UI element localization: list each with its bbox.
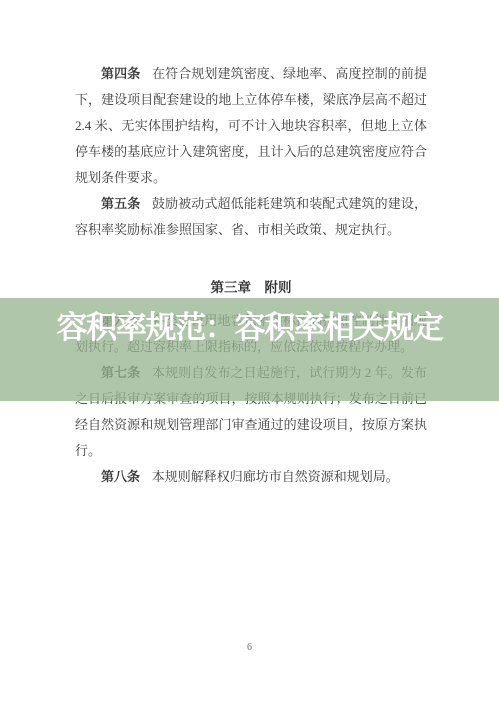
title-banner-overlay: 容积率规范：容积率相关规定 [0,298,499,401]
paragraph-article-8: 第八条本规则解释权归廊坊市自然资源和规划局。 [75,464,427,490]
document-body: 第四条在符合规划建筑密度、绿地率、高度控制的前提下，建设项目配套建设的地上立体停… [75,61,427,490]
article-5-lead: 第五条 [101,196,140,211]
document-page: 第四条在符合规划建筑密度、绿地率、高度控制的前提下，建设项目配套建设的地上立体停… [0,0,499,706]
article-8-lead: 第八条 [101,469,140,484]
page-number: 6 [0,641,499,655]
paragraph-article-5: 第五条鼓励被动式超低能耗建筑和装配式建筑的建设，容积率奖励标准参照国家、省、市相… [75,191,427,243]
paragraph-article-4: 第四条在符合规划建筑密度、绿地率、高度控制的前提下，建设项目配套建设的地上立体停… [75,61,427,191]
chapter-heading-number: 第三章 [211,280,252,295]
chapter-heading-title: 附则 [265,280,292,295]
article-4-text: 在符合规划建筑密度、绿地率、高度控制的前提下，建设项目配套建设的地上立体停车楼，… [75,66,427,185]
article-4-lead: 第四条 [101,66,140,81]
article-8-text: 本规则解释权归廊坊市自然资源和规划局。 [152,469,399,484]
banner-title: 容积率规范：容积率相关规定 [0,309,499,347]
